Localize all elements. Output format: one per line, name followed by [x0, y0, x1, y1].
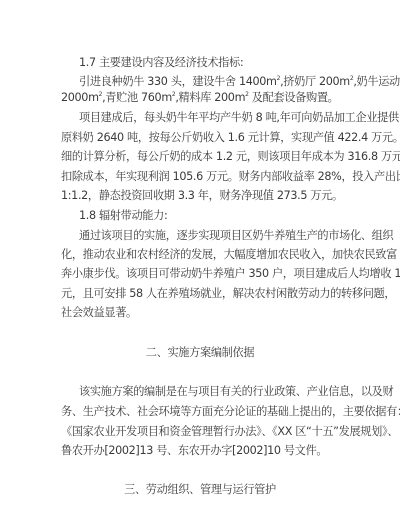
economics-line-3: 细的计算分析，每公斤奶的成本 1.2 元，则该项目年成本为 316.8 万元。 — [61, 150, 351, 164]
construction-content-line-2: 2000m2,青贮池 760m2,精料库 200m2 及配套设备购置。 — [61, 91, 351, 105]
text-run: ,精料库 200m — [175, 91, 245, 104]
economics-line-5: 1:1.2，静态投资回收期 3.3 年，财务净现值 273.5 万元。 — [61, 189, 351, 203]
construction-content-line-1: 引进良种奶牛 330 头，建设牛舍 1400m2,挤奶厅 200m2,奶牛运动场 — [79, 75, 351, 89]
economics-line-2: 原料奶 2640 吨，按每公斤奶收入 1.6 元计算，实现产值 422.4 万元… — [61, 131, 351, 145]
text-run: 引进良种奶牛 330 头，建设牛舍 1400m — [79, 75, 277, 88]
impact-line-1: 通过该项目的实施，逐步实现项目区奶牛养殖生产的市场化、组织 — [79, 229, 351, 243]
document-page: 1.7 主要建设内容及经济技术指标: 引进良种奶牛 330 头，建设牛舍 140… — [0, 0, 400, 509]
impact-line-4: 元，且可安排 58 人在养殖场就业，解决农村闲散劳动力的转移问题， — [61, 287, 351, 301]
text-run: 及配套设备购置。 — [249, 91, 339, 104]
impact-line-5: 社会效益显著。 — [61, 306, 351, 320]
section-1-7-heading: 1.7 主要建设内容及经济技术指标: — [79, 56, 351, 70]
text-run: ,青贮池 760m — [102, 91, 172, 104]
section-1-8-heading: 1.8 辐射带动能力: — [79, 209, 351, 223]
economics-line-1: 项目建成后，每头奶牛年平均产牛奶 8 吨,年可向奶品加工企业提供 — [79, 111, 351, 125]
basis-line-2: 务、生产技术、社会环境等方面充分论证的基础上提出的，主要依据有： — [61, 405, 351, 419]
section-2-heading: 二、实施方案编制依据 — [0, 346, 400, 360]
basis-line-3: 《国家农业开发项目和资金管理暂行办法》、《XX 区“十五”发展规划》、 — [61, 425, 351, 439]
text-run: ,挤奶厅 200m — [280, 75, 350, 88]
text-run: 2000m — [61, 91, 99, 104]
basis-line-1: 该实施方案的编制是在与项目有关的行业政策、产业信息，以及财 — [79, 385, 351, 399]
impact-line-2: 化，推动农业和农村经济的发展，大幅度增加农民收入，加快农民致富 — [61, 248, 351, 262]
section-3-heading: 三、劳动组织、管理与运行管护 — [0, 483, 400, 497]
impact-line-3: 奔小康步伐。该项目可带动奶牛养殖户 350 户，项目建成后人均增收 168 — [61, 267, 351, 281]
text-run: ,奶牛运动场 — [353, 75, 400, 88]
economics-line-4: 扣除成本，年实现利润 105.6 万元。财务内部收益率 28%，投入产出比 — [61, 170, 351, 184]
basis-line-4: 鲁农开办[2002]13 号、东农开办字[2002]10 号文件。 — [61, 444, 351, 458]
